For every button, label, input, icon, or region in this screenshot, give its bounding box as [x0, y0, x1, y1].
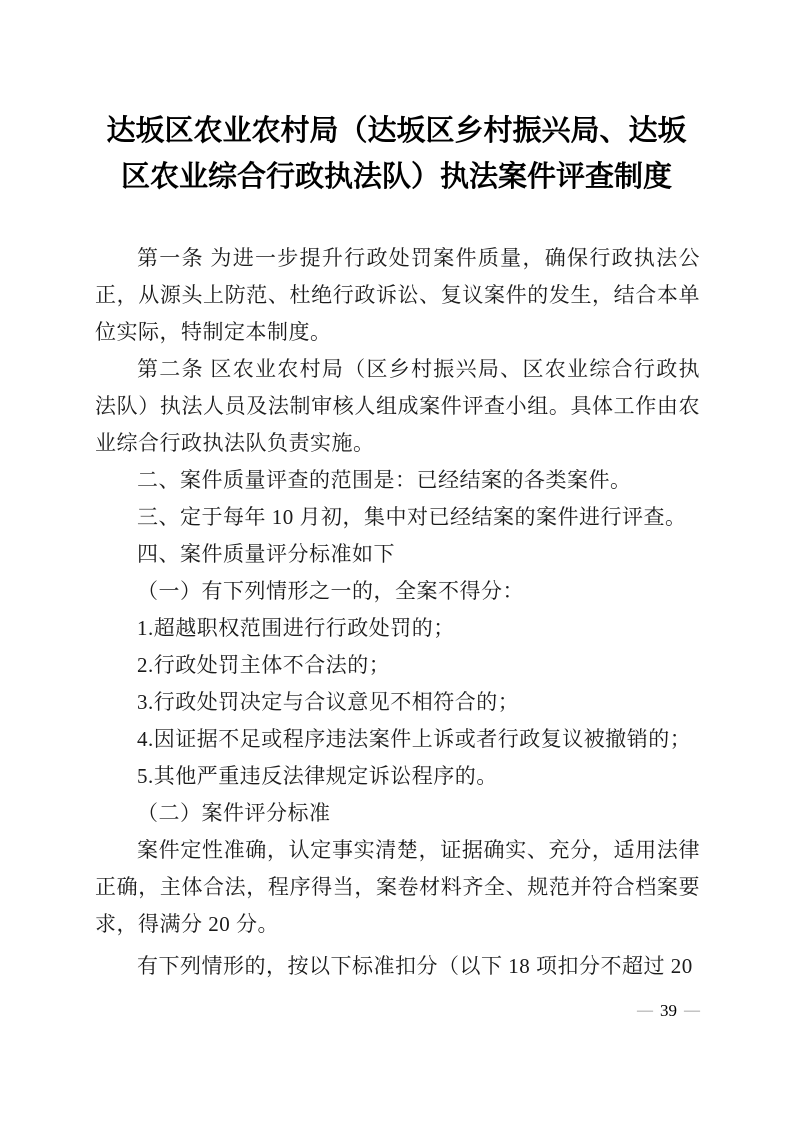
paragraph: 三、定于每年 10 月初，集中对已经结案的案件进行评查。 — [95, 499, 700, 536]
page-number-dash-left: — — [637, 1002, 653, 1020]
paragraph: 3.行政处罚决定与合议意见不相符合的； — [95, 684, 700, 721]
paragraph: 2.行政处罚主体不合法的； — [95, 647, 700, 684]
paragraph: （二）案件评分标准 — [95, 795, 700, 832]
paragraph: 5.其他严重违反法律规定诉讼程序的。 — [95, 758, 700, 795]
page-number: — 39 — — [637, 1001, 700, 1021]
title-line-2: 区农业综合行政执法队）执法案件评查制度 — [48, 154, 745, 200]
paragraph: 案件定性准确，认定事实清楚，证据确实、充分，适用法律正确，主体合法，程序得当，案… — [95, 832, 700, 943]
paragraph: （一）有下列情形之一的，全案不得分： — [95, 573, 700, 610]
paragraph: 4.因证据不足或程序违法案件上诉或者行政复议被撤销的； — [95, 721, 700, 758]
paragraph: 有下列情形的，按以下标准扣分（以下 18 项扣分不超过 20 — [95, 948, 700, 985]
document-page: 达坂区农业农村局（达坂区乡村振兴局、达坂 区农业综合行政执法队）执法案件评查制度… — [0, 0, 793, 1122]
paragraph: 1.超越职权范围进行行政处罚的； — [95, 610, 700, 647]
page-number-value: 39 — [660, 1001, 677, 1021]
page-number-dash-right: — — [684, 1002, 700, 1020]
paragraph: 二、案件质量评查的范围是：已经结案的各类案件。 — [95, 462, 700, 499]
document-body: 第一条 为进一步提升行政处罚案件质量，确保行政执法公正，从源头上防范、杜绝行政诉… — [95, 240, 700, 985]
paragraph: 第一条 为进一步提升行政处罚案件质量，确保行政执法公正，从源头上防范、杜绝行政诉… — [95, 240, 700, 351]
document-title: 达坂区农业农村局（达坂区乡村振兴局、达坂 区农业综合行政执法队）执法案件评查制度 — [48, 108, 745, 200]
title-line-1: 达坂区农业农村局（达坂区乡村振兴局、达坂 — [48, 108, 745, 154]
paragraph: 四、案件质量评分标准如下 — [95, 536, 700, 573]
paragraph: 第二条 区农业农村局（区乡村振兴局、区农业综合行政执法队）执法人员及法制审核人组… — [95, 351, 700, 462]
